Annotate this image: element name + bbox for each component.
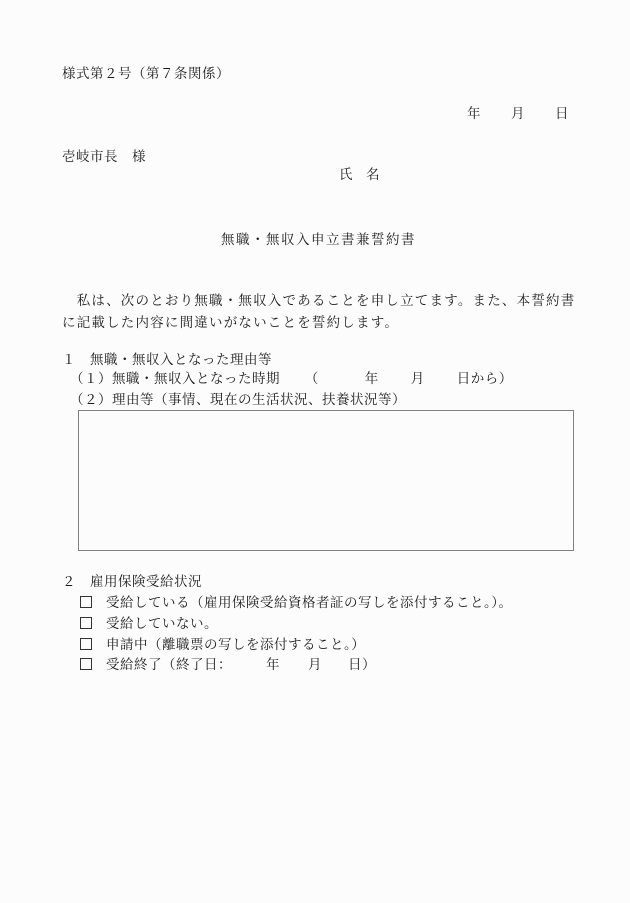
- option-label: 申請中（離職票の写しを添付すること。）: [106, 637, 365, 653]
- period-month-label: 月: [411, 370, 457, 388]
- option-ended[interactable]: 受給終了（終了日：年月日）: [78, 656, 376, 674]
- checkbox-icon[interactable]: [80, 596, 92, 608]
- date-day-label: 日: [555, 105, 569, 123]
- option-receiving[interactable]: 受給している（雇用保険受給資格者証の写しを添付すること。）。: [78, 594, 513, 612]
- end-month-label: 月: [308, 657, 322, 673]
- checkbox-icon[interactable]: [80, 658, 92, 670]
- option-not-receiving[interactable]: 受給していない。: [78, 615, 218, 633]
- option-applying[interactable]: 申請中（離職票の写しを添付すること。）: [78, 636, 365, 654]
- submission-date[interactable]: 年月日: [467, 105, 569, 123]
- option-label: 受給している（雇用保険受給資格者証の写しを添付すること。）。: [106, 595, 513, 611]
- date-month-label: 月: [511, 105, 555, 123]
- section1-heading: １ 無職・無収入となった理由等: [62, 351, 272, 369]
- addressee: 壱岐市長 様: [62, 148, 146, 166]
- option-label: 受給終了（終了日：: [106, 657, 232, 673]
- date-year-label: 年: [467, 105, 511, 123]
- document-title: 無職・無収入申立書兼誓約書: [221, 231, 416, 249]
- unemployment-period-date[interactable]: （年月日から）: [305, 370, 513, 388]
- open-paren: （: [305, 370, 365, 388]
- reason-label: （２）理由等（事情、現在の生活状況、扶養状況等）: [70, 391, 406, 409]
- checkbox-icon[interactable]: [80, 617, 92, 629]
- reason-text-box[interactable]: [78, 410, 574, 551]
- applicant-name-field[interactable]: 氏 名: [339, 166, 380, 184]
- declaration-statement: 私は、次のとおり無職・無収入であることを申し立てます。また、本誓約書に記載した内…: [62, 290, 582, 334]
- period-year-label: 年: [365, 370, 411, 388]
- form-number: 様式第２号（第７条関係）: [62, 65, 230, 83]
- period-day-label: 日から）: [457, 370, 513, 388]
- unemployment-period-label: （１）無職・無収入となった時期: [70, 371, 280, 387]
- unemployment-period-row: （１）無職・無収入となった時期 （年月日から）: [70, 370, 513, 388]
- option-label: 受給していない。: [106, 616, 218, 632]
- end-day-label: 日）: [348, 657, 376, 673]
- checkbox-icon[interactable]: [80, 638, 92, 650]
- section2-heading: ２ 雇用保険受給状況: [62, 573, 202, 591]
- end-year-label: 年: [266, 657, 280, 673]
